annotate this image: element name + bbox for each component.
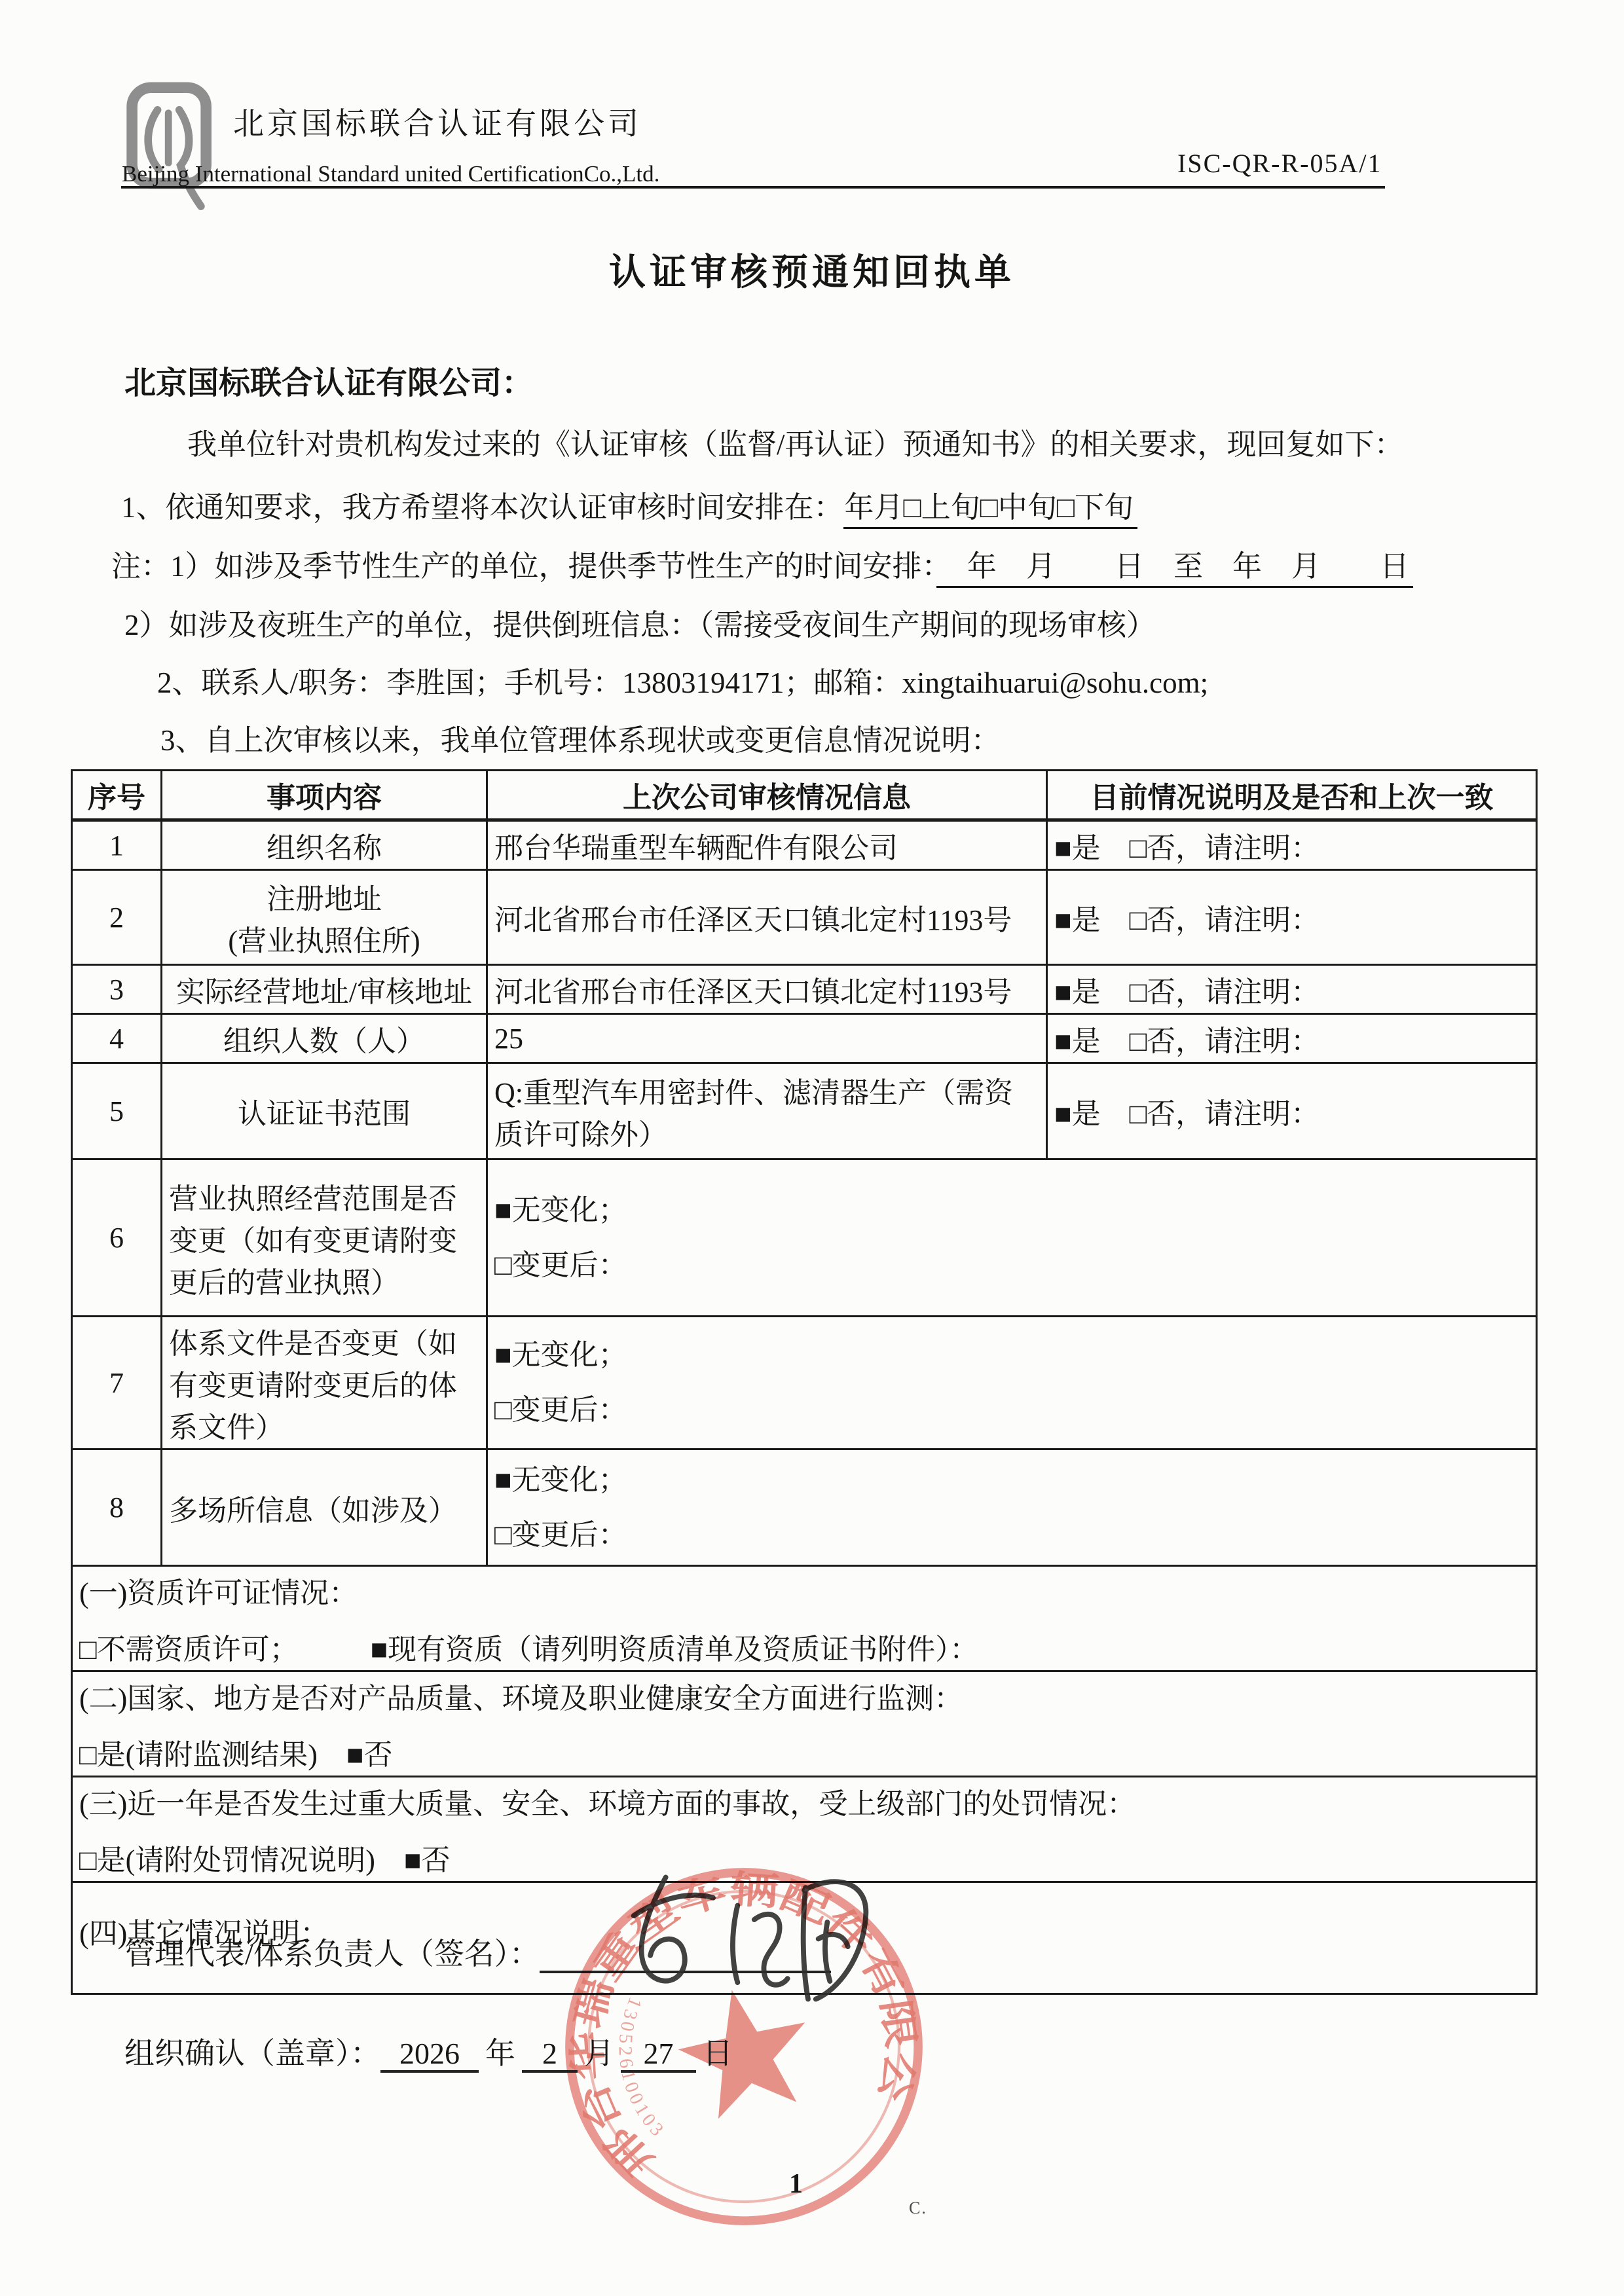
section1-options: □不需资质许可； ■现有资质（请列明资质清单及资质证书附件）：	[79, 1626, 1529, 1667]
row-info: 河北省邢台市任泽区天口镇北定村1193号	[487, 870, 1047, 965]
section-row-qualification: (一)资质许可证情况： □不需资质许可； ■现有资质（请列明资质清单及资质证书附…	[72, 1566, 1537, 1671]
row-no: 1	[72, 820, 162, 870]
month-unit: 月	[584, 2037, 614, 2070]
col-header-info: 上次公司审核情况信息	[487, 771, 1047, 820]
section2-title: (二)国家、地方是否对产品质量、环境及职业健康安全方面进行监测：	[79, 1675, 1529, 1717]
table-row: 3 实际经营地址/审核地址 河北省邢台市任泽区天口镇北定村1193号 ■是 □否…	[72, 965, 1537, 1014]
table-row: 4 组织人数（人） 25 ■是 □否，请注明：	[72, 1014, 1537, 1063]
note1-prefix: 注：1）如涉及季节性生产的单位，提供季节性生产的时间安排：	[111, 550, 936, 583]
row-no: 4	[72, 1014, 162, 1063]
row-info: ■无变化； □变更后：	[487, 1159, 1537, 1317]
row-no: 8	[72, 1449, 162, 1566]
col-header-status: 目前情况说明及是否和上次一致	[1047, 771, 1537, 820]
table-row: 7 体系文件是否变更（如有变更请附变更后的体系文件） ■无变化； □变更后：	[72, 1317, 1537, 1449]
row-no: 5	[72, 1063, 162, 1159]
section1-title: (一)资质许可证情况：	[79, 1569, 1529, 1611]
row-info: Q:重型汽车用密封件、滤清器生产（需资质许可除外）	[487, 1063, 1047, 1159]
confirm-year-value: 2026	[380, 2036, 479, 2073]
row-status: ■是 □否，请注明：	[1047, 965, 1537, 1014]
row-no: 6	[72, 1159, 162, 1317]
item1-blank-underlined: 年月□上旬□中旬□下旬	[843, 491, 1138, 529]
confirm-row: 组织确认（盖章）：2026年2月27日	[124, 2030, 739, 2073]
row-status: ■是 □否，请注明：	[1047, 1014, 1537, 1063]
item1-line: 1、依通知要求，我方希望将本次认证审核时间安排在：年月□上旬□中旬□下旬	[121, 483, 1137, 526]
row-item: 注册地址 (营业执照住所)	[162, 870, 487, 965]
salutation: 北京国标联合认证有限公司：	[124, 357, 533, 403]
section-row-monitoring: (二)国家、地方是否对产品质量、环境及职业健康安全方面进行监测： □是(请附监测…	[72, 1671, 1537, 1777]
row-no: 2	[72, 870, 162, 965]
item1-prefix: 1、依通知要求，我方希望将本次认证审核时间安排在：	[121, 491, 843, 524]
row-info: 25	[487, 1014, 1047, 1063]
header-company-name-cn: 北京国标联合认证有限公司	[233, 100, 642, 143]
day-unit: 日	[703, 2037, 733, 2070]
row-status: ■是 □否，请注明：	[1047, 820, 1537, 870]
col-header-item: 事项内容	[162, 771, 487, 820]
col-header-no: 序号	[72, 771, 162, 820]
page-number: 1	[789, 2168, 803, 2200]
signature-label: 管理代表/体系负责人（签名）：	[124, 1937, 540, 1971]
note1-blank-underlined: 年 月 日 至 年 月 日	[936, 550, 1413, 588]
intro-paragraph: 我单位针对贵机构发过来的《认证审核（监督/再认证）预通知书》的相关要求，现回复如…	[187, 420, 1404, 463]
header-company-name-en: Beijing International Standard united Ce…	[122, 161, 659, 187]
row-item: 组织人数（人）	[162, 1014, 487, 1063]
row-item: 实际经营地址/审核地址	[162, 965, 487, 1014]
row-item: 多场所信息（如涉及）	[162, 1449, 487, 1566]
header-divider	[121, 186, 1385, 189]
document-page: 北京国标联合认证有限公司 Beijing International Stand…	[0, 0, 1624, 2296]
table-row: 5 认证证书范围 Q:重型汽车用密封件、滤清器生产（需资质许可除外） ■是 □否…	[72, 1063, 1537, 1159]
confirm-label: 组织确认（盖章）：	[124, 2037, 380, 2070]
row-info: 河北省邢台市任泽区天口镇北定村1193号	[487, 965, 1047, 1014]
confirm-day-value: 27	[621, 2036, 696, 2073]
row-item: 组织名称	[162, 820, 487, 870]
change-info-table: 序号 事项内容 上次公司审核情况信息 目前情况说明及是否和上次一致 1 组织名称…	[71, 769, 1538, 1995]
contact-line: 2、联系人/职务：李胜国；手机号：13803194171；邮箱：xingtaih…	[157, 659, 1208, 701]
note1-line: 注：1）如涉及季节性生产的单位，提供季节性生产的时间安排： 年 月 日 至 年 …	[111, 542, 1413, 585]
section2-options: □是(请附监测结果) ■否	[79, 1731, 1529, 1773]
year-unit: 年	[485, 2037, 515, 2070]
table-header-row: 序号 事项内容 上次公司审核情况信息 目前情况说明及是否和上次一致	[72, 771, 1537, 820]
row-no: 7	[72, 1317, 162, 1449]
row-status: ■是 □否，请注明：	[1047, 870, 1537, 965]
confirm-month-value: 2	[522, 2036, 578, 2073]
page-title: 认证审核预通知回执单	[0, 244, 1624, 296]
row-info: ■无变化； □变更后：	[487, 1449, 1537, 1566]
scan-speck: C.	[909, 2198, 927, 2218]
row-no: 3	[72, 965, 162, 1014]
row-item: 营业执照经营范围是否变更（如有变更请附变更后的营业执照）	[162, 1159, 487, 1317]
note2-line: 2）如涉及夜班生产的单位，提供倒班信息：（需接受夜间生产期间的现场审核）	[124, 601, 1156, 644]
certification-logo-icon	[123, 81, 221, 209]
document-code: ISC-QR-R-05A/1	[1177, 148, 1382, 179]
item3-line: 3、自上次审核以来，我单位管理体系现状或变更信息情况说明：	[160, 716, 1001, 759]
row-info: ■无变化； □变更后：	[487, 1317, 1537, 1449]
row-status: ■是 □否，请注明：	[1047, 1063, 1537, 1159]
table-row: 6 营业执照经营范围是否变更（如有变更请附变更后的营业执照） ■无变化； □变更…	[72, 1159, 1537, 1317]
row-item: 体系文件是否变更（如有变更请附变更后的体系文件）	[162, 1317, 487, 1449]
table-row: 1 组织名称 邢台华瑞重型车辆配件有限公司 ■是 □否，请注明：	[72, 820, 1537, 870]
row-item: 认证证书范围	[162, 1063, 487, 1159]
table-row: 2 注册地址 (营业执照住所) 河北省邢台市任泽区天口镇北定村1193号 ■是 …	[72, 870, 1537, 965]
section3-title: (三)近一年是否发生过重大质量、安全、环境方面的事故，受上级部门的处罚情况：	[79, 1780, 1529, 1822]
row-info: 邢台华瑞重型车辆配件有限公司	[487, 820, 1047, 870]
table-row: 8 多场所信息（如涉及） ■无变化； □变更后：	[72, 1449, 1537, 1566]
